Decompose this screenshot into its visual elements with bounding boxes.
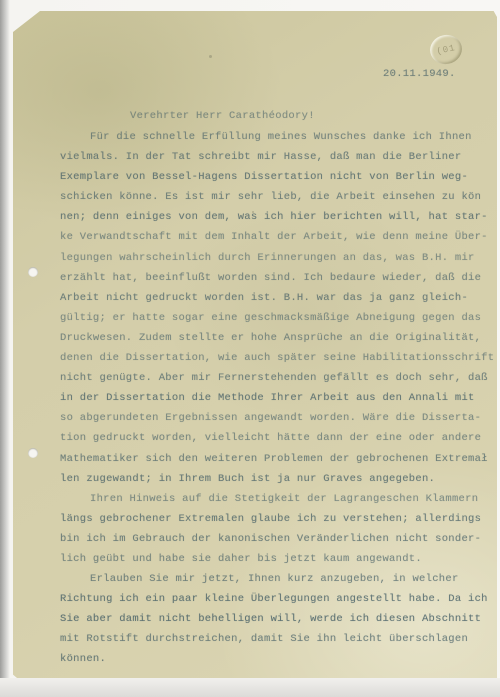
letter-line: tion gedruckt worden, vielleicht hätte d… [60,432,484,452]
letter-line: nen; denn einiges von dem, was ich hier … [60,211,484,231]
letter-line: bin ich im Gebrauch der kanonischen Verä… [60,533,484,553]
letter-line: ke Verwandtschaft mit dem Inhalt der Arb… [60,231,484,251]
letter-line: legungen wahrscheinlich durch Erinnerung… [60,252,484,272]
letter-line: vielmals. In der Tat schreibt mir Hasse,… [60,151,484,171]
punch-hole [28,267,38,277]
punch-hole [28,448,38,458]
letter-line: erzählt hat, beeinflußt worden sind. Ich… [60,272,484,292]
letter-line: längs gebrochener Extremalen glaube ich … [60,513,484,533]
letter-line: Arbeit nicht gedruckt worden ist. B.H. w… [60,292,484,312]
paper-speck [209,55,212,58]
letter-line: nicht genügte. Aber mir Fernerstehenden … [60,372,484,392]
letter-line: so abgerundeten Ergebnissen angewandt wo… [60,412,484,432]
letter-line: Für die schnelle Erfüllung meines Wunsch… [60,131,484,151]
letter-line: Sie aber damit nicht behelligen will, we… [60,613,484,633]
letter-salutation: Verehrter Herr Carathéodory! [130,110,315,122]
letter-page: (01 20.11.1949. Verehrter Herr Carathéod… [13,11,497,678]
embossed-seal: (01 [427,32,464,67]
letter-line: in der Dissertation die Methode Ihrer Ar… [60,392,484,412]
letter-line: len zugewandt; in Ihrem Buch ist ja nur … [60,473,484,493]
letter-line: Ihren Hinweis auf die Stetigkeit der Lag… [60,493,484,513]
letter-line: schicken könne. Es ist mir sehr lieb, di… [60,191,484,211]
letter-date: 20.11.1949. [383,68,456,80]
letter-line: Erlauben Sie mir jetzt, Ihnen kurz anzug… [60,573,484,593]
letter-line: mit Rotstift durchstreichen, damit Sie i… [60,633,484,653]
letter-line: können. [60,653,484,673]
letter-body: Für die schnelle Erfüllung meines Wunsch… [60,131,484,674]
letter-line: Druckwesen. Zudem stellte er hohe Ansprü… [60,332,484,352]
letter-line: lich geübt und habe sie daher bis jetzt … [60,553,484,573]
embossed-seal-text: (01 [436,43,457,57]
scanner-edge-shadow [0,678,500,697]
letter-line: Mathematiker sich den weiteren Problemen… [60,453,484,473]
letter-line: gültig; er hatte sogar eine geschmacksmä… [60,312,484,332]
letter-line: Exemplare von Bessel-Hagens Dissertation… [60,171,484,191]
letter-line: Richtung ich ein paar kleine Überlegunge… [60,593,484,613]
letter-line: denen die Dissertation, wie auch später … [60,352,484,372]
